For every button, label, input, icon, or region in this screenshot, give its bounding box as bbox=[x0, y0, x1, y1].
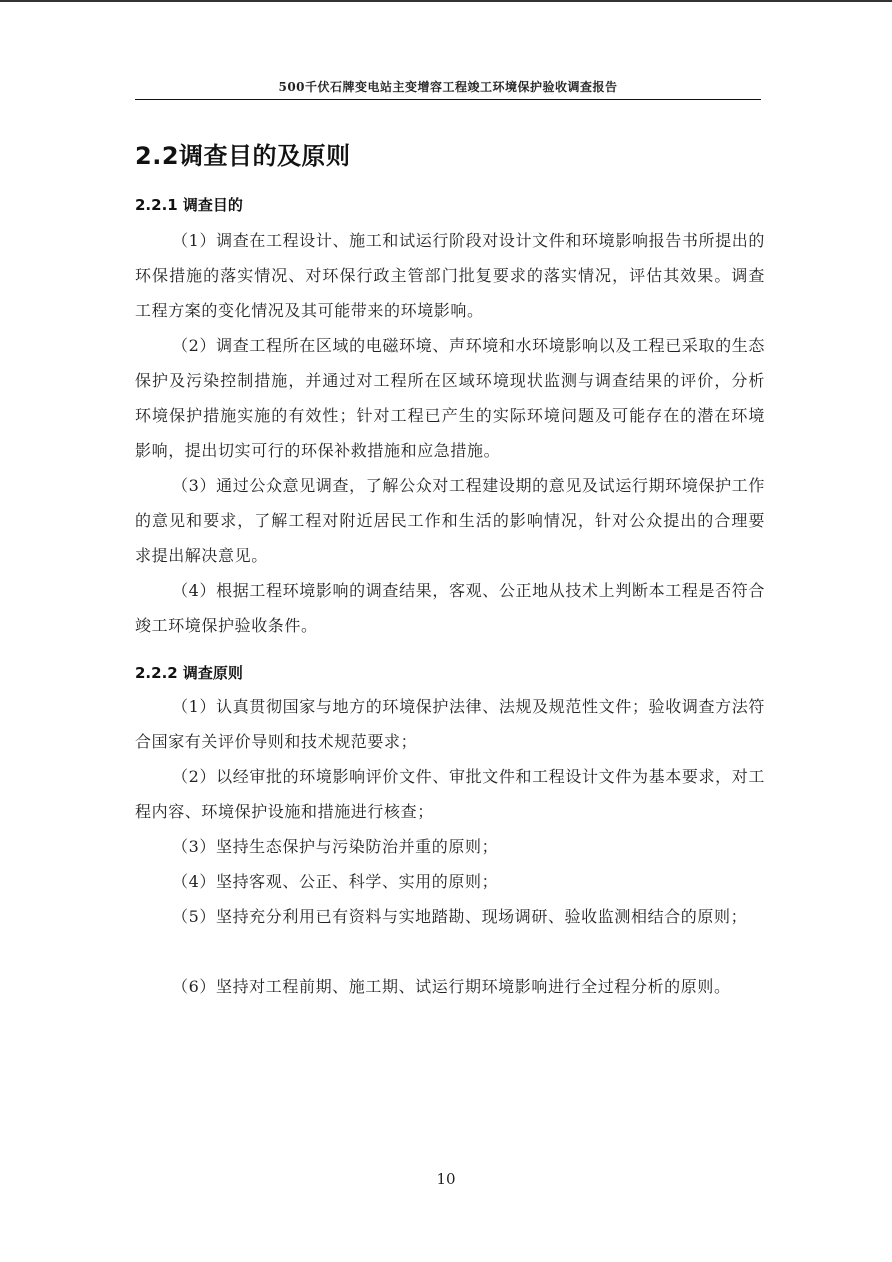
paragraph: （2）调查工程所在区域的电磁环境、声环境和水环境影响以及工程已采取的生态保护及污… bbox=[135, 328, 765, 468]
paragraph: （4）根据工程环境影响的调查结果，客观、公正地从技术上判断本工程是否符合竣工环境… bbox=[135, 573, 765, 643]
paragraph: （2）以经审批的环境影响评价文件、审批文件和工程设计文件为基本要求，对工程内容、… bbox=[135, 759, 765, 829]
header-divider bbox=[135, 99, 761, 100]
paragraph: （3）通过公众意见调查，了解公众对工程建设期的意见及试运行期环境保护工作的意见和… bbox=[135, 468, 765, 573]
page-number: 10 bbox=[0, 1170, 892, 1188]
section-title: 2.2调查目的及原则 bbox=[135, 136, 351, 171]
paragraph: （1）调查在工程设计、施工和试运行阶段对设计文件和环境影响报告书所提出的环保措施… bbox=[135, 223, 765, 328]
paragraph: （5）坚持充分利用已有资料与实地踏勘、现场调研、验收监测相结合的原则； bbox=[135, 899, 765, 934]
running-header: 500千伏石牌变电站主变增容工程竣工环境保护验收调查报告 bbox=[135, 78, 761, 95]
paragraph: （3）坚持生态保护与污染防治并重的原则； bbox=[135, 829, 765, 864]
subsection-title-purpose: 2.2.1 调查目的 bbox=[135, 194, 243, 215]
page-top-border bbox=[0, 0, 892, 2]
paragraph: （4）坚持客观、公正、科学、实用的原则； bbox=[135, 864, 765, 899]
paragraph: （1）认真贯彻国家与地方的环境保护法律、法规及规范性文件；验收调查方法符合国家有… bbox=[135, 689, 765, 759]
subsection-title-principles: 2.2.2 调查原则 bbox=[135, 662, 243, 683]
paragraph: （6）坚持对工程前期、施工期、试运行期环境影响进行全过程分析的原则。 bbox=[135, 969, 765, 1004]
